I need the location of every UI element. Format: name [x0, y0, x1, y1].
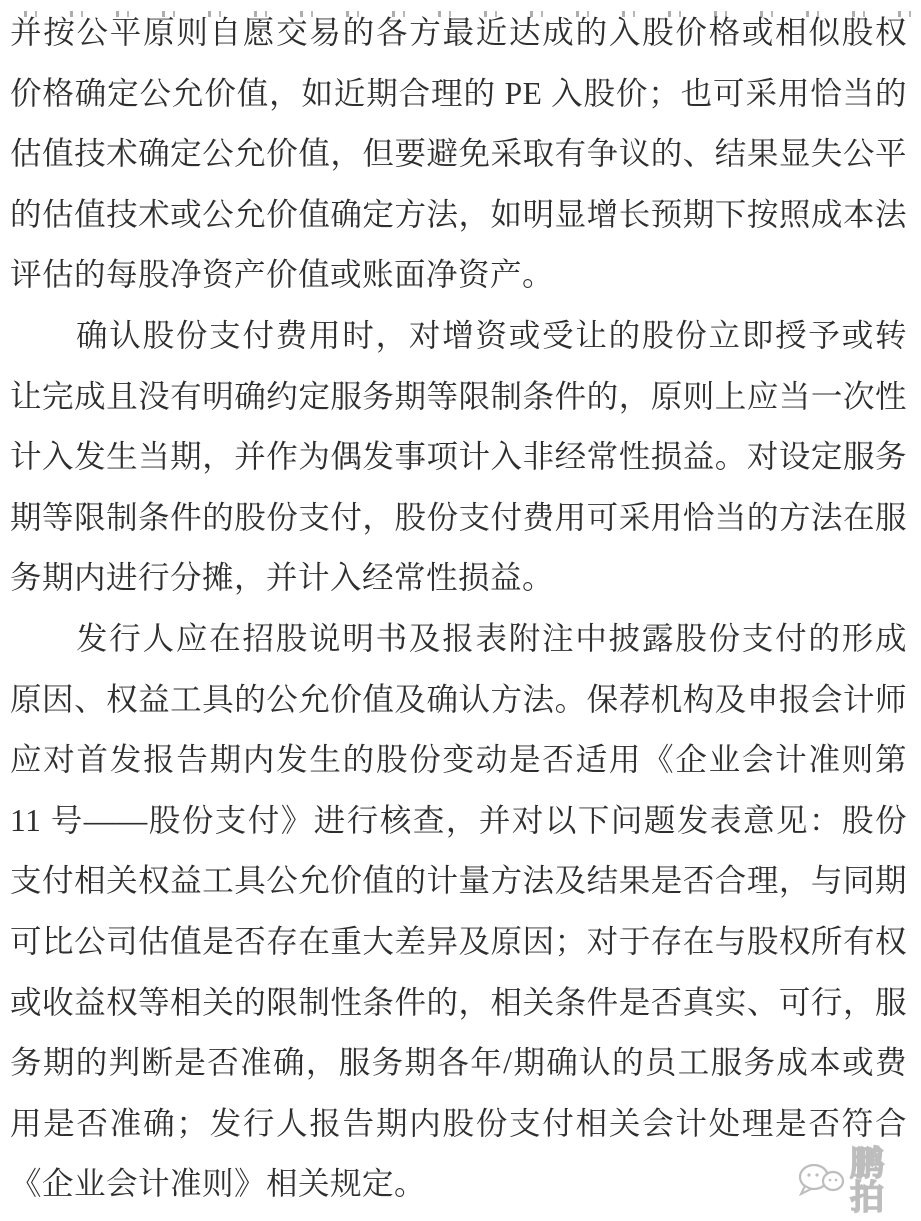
text-line: 《企业会计准则》相关规定。 — [10, 1154, 907, 1215]
text-line: 或收益权等相关的限制性条件的，相关条件是否真实、可行，服 — [10, 973, 907, 1034]
text-line: 并按公平原则自愿交易的各方最近达成的入股价格或相似股权 — [10, 3, 907, 64]
text-line: 让完成且没有明确约定服务期等限制条件的，原则上应当一次性 — [10, 367, 907, 428]
document-text: 并按公平原则自愿交易的各方最近达成的入股价格或相似股权 价格确定公允价值，如近期… — [10, 3, 907, 1215]
text-line: 确认股份支付费用时，对增资或受让的股份立即授予或转 — [10, 306, 907, 367]
text-line: 11 号——股份支付》进行核查，并对以下问题发表意见：股份 — [10, 791, 907, 852]
text-line: 评估的每股净资产价值或账面净资产。 — [10, 245, 907, 306]
text-line: 的估值技术或公允价值确定方法，如明显增长预期下按照成本法 — [10, 185, 907, 246]
watermark: 鹏拍 — [797, 1155, 917, 1207]
chat-bubbles-icon — [797, 1160, 845, 1202]
text-line: 估值技术确定公允价值，但要避免采取有争议的、结果显失公平 — [10, 124, 907, 185]
text-line: 用是否准确；发行人报告期内股份支付相关会计处理是否符合 — [10, 1094, 907, 1155]
text-line: 发行人应在招股说明书及报表附注中披露股份支付的形成 — [10, 609, 907, 670]
text-line: 计入发生当期，并作为偶发事项计入非经常性损益。对设定服务 — [10, 427, 907, 488]
text-line: 应对首发报告期内发生的股份变动是否适用《企业会计准则第 — [10, 730, 907, 791]
text-line: 原因、权益工具的公允价值及确认方法。保荐机构及申报会计师 — [10, 670, 907, 731]
scanned-document-page: 并按公平原则自愿交易的各方最近达成的入股价格或相似股权 价格确定公允价值，如近期… — [0, 0, 921, 1221]
text-line: 期等限制条件的股份支付，股份支付费用可采用恰当的方法在服 — [10, 488, 907, 549]
text-line: 务期内进行分摊，并计入经常性损益。 — [10, 548, 907, 609]
watermark-label: 鹏拍 — [850, 1147, 917, 1215]
text-line: 务期的判断是否准确，服务期各年/期确认的员工服务成本或费 — [10, 1033, 907, 1094]
text-line: 可比公司估值是否存在重大差异及原因；对于存在与股权所有权 — [10, 912, 907, 973]
text-line: 支付相关权益工具公允价值的计量方法及结果是否合理，与同期 — [10, 851, 907, 912]
text-line: 价格确定公允价值，如近期合理的 PE 入股价；也可采用恰当的 — [10, 64, 907, 125]
